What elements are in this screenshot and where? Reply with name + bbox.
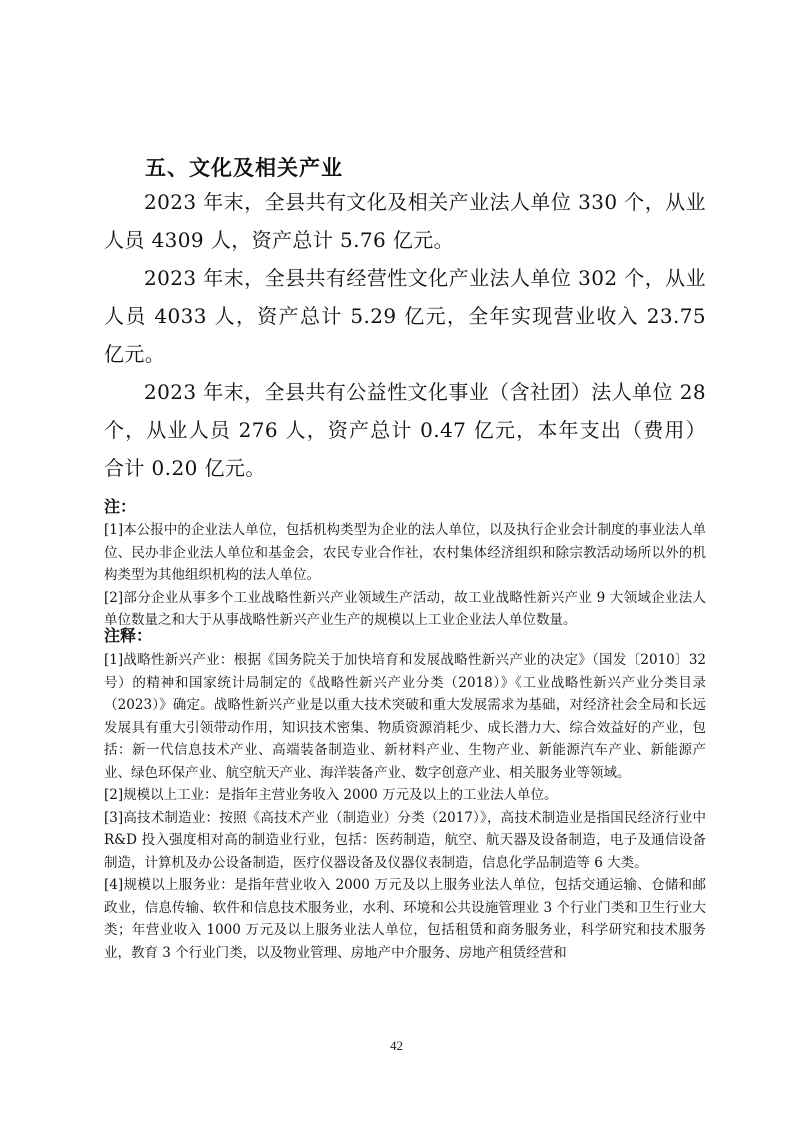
document-page: 五、文化及相关产业 2023 年末，全县共有文化及相关产业法人单位 330 个，… bbox=[0, 0, 793, 1122]
annotations-section: 注释： [1]战略性新兴产业：根据《国务院关于加快培育和发展战略性新兴产业的决定… bbox=[104, 625, 706, 964]
body-text: 2023 年末，全县共有文化及相关产业法人单位 330 个，从业人员 4309 … bbox=[104, 183, 706, 487]
annotation-item-2: [2]规模以上工业：是指年主营业务收入 2000 万元及以上的工业法人单位。 bbox=[104, 784, 706, 807]
annotation-item-3: [3]高技术制造业：按照《高技术产业（制造业）分类（2017）》，高技术制造业是… bbox=[104, 807, 706, 875]
annotation-item-1: [1]战略性新兴产业：根据《国务院关于加快培育和发展战略性新兴产业的决定》（国发… bbox=[104, 649, 706, 784]
notes-section: 注： [1]本公报中的企业法人单位，包括机构类型为企业的法人单位，以及执行企业会… bbox=[104, 496, 706, 632]
annotation-item-4: [4]规模以上服务业：是指年营业收入 2000 万元及以上服务业法人单位，包括交… bbox=[104, 874, 706, 964]
body-paragraph-enterprises: 2023 年末，全县共有文化及相关产业法人单位 330 个，从业人员 4309 … bbox=[104, 183, 706, 259]
page-number: 42 bbox=[0, 1038, 793, 1054]
note-item-1: [1]本公报中的企业法人单位，包括机构类型为企业的法人单位，以及执行企业会计制度… bbox=[104, 519, 706, 587]
body-paragraph-commercial-culture: 2023 年末，全县共有经营性文化产业法人单位 302 个，从业人员 4033 … bbox=[104, 259, 706, 373]
annotations-heading: 注释： bbox=[104, 625, 706, 647]
notes-heading: 注： bbox=[104, 496, 706, 518]
section-title: 五、文化及相关产业 bbox=[145, 153, 343, 183]
body-paragraph-public-culture: 2023 年末，全县共有公益性文化事业（含社团）法人单位 28 个，从业人员 2… bbox=[104, 373, 706, 487]
